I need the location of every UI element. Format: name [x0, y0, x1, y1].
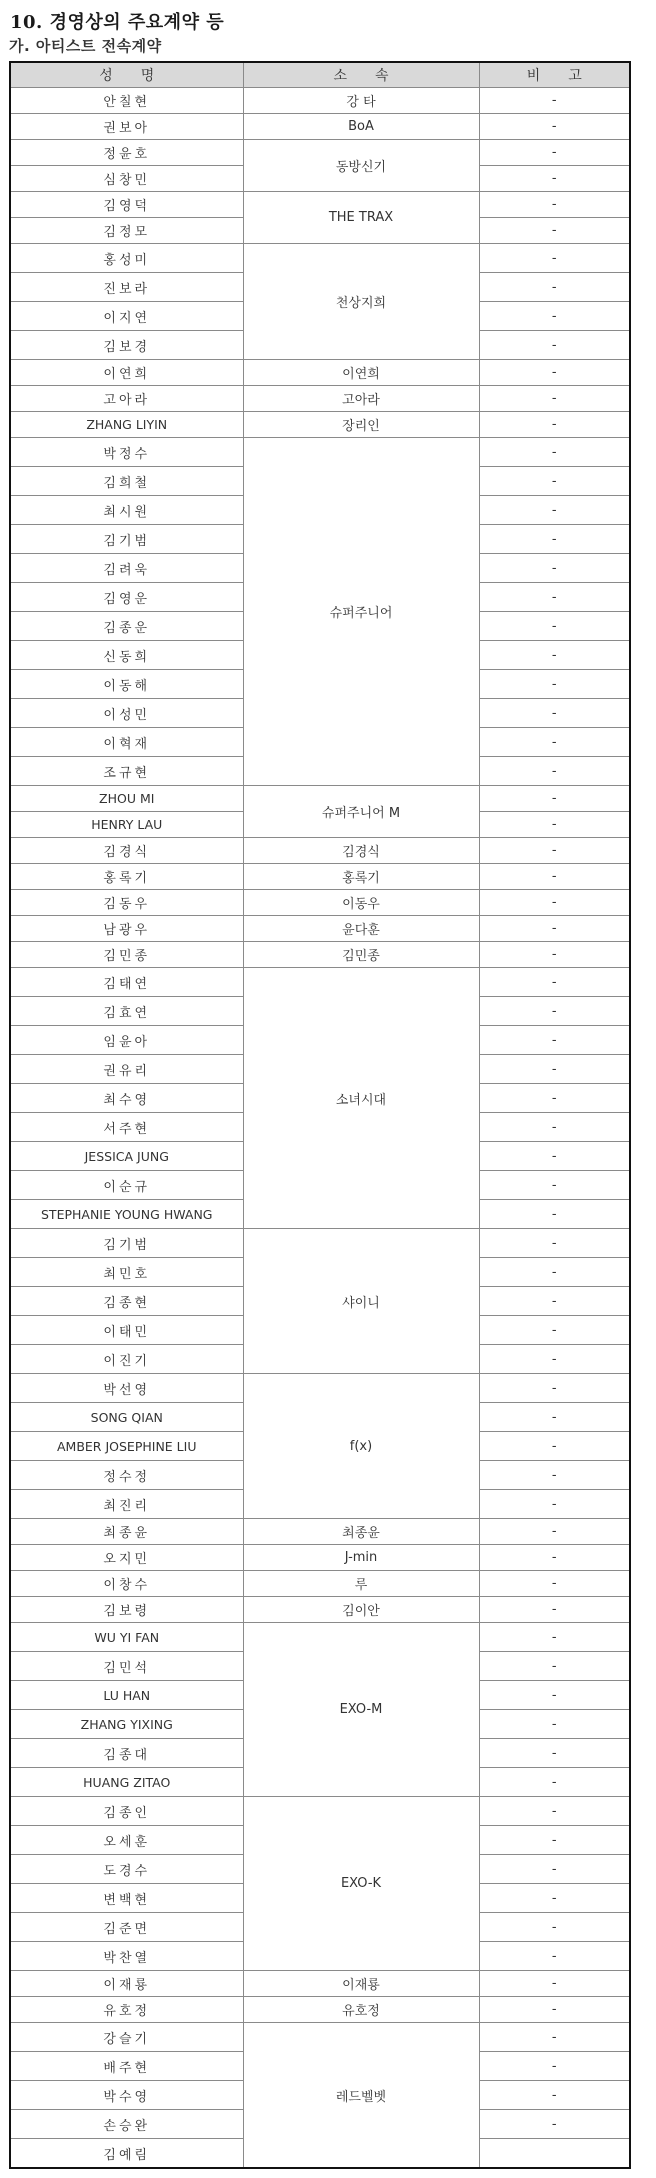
cell-name: 김준면: [10, 1913, 243, 1942]
table-row: 이재룡이재룡-: [10, 1971, 630, 1997]
cell-name: 최진리: [10, 1490, 243, 1519]
table-row: 정윤호동방신기-: [10, 140, 630, 166]
cell-note: -: [479, 2023, 630, 2052]
cell-affiliation: 슈퍼주니어: [243, 438, 479, 786]
cell-name: 신동희: [10, 641, 243, 670]
cell-name: 고아라: [10, 386, 243, 412]
cell-note: -: [479, 1997, 630, 2023]
cell-note: -: [479, 140, 630, 166]
cell-note: -: [479, 2110, 630, 2139]
table-row: 유호정유호정-: [10, 1997, 630, 2023]
cell-name: 홍성미: [10, 244, 243, 273]
cell-name: ZHOU MI: [10, 786, 243, 812]
table-row: ZHOU MI슈퍼주니어 M-: [10, 786, 630, 812]
cell-note: -: [479, 88, 630, 114]
cell-affiliation: 윤다훈: [243, 916, 479, 942]
cell-note: -: [479, 612, 630, 641]
cell-note: -: [479, 412, 630, 438]
cell-name: 김민종: [10, 942, 243, 968]
cell-name: 최종윤: [10, 1519, 243, 1545]
table-header-row: 성 명 소 속 비 고: [10, 62, 630, 88]
cell-name: 김동우: [10, 890, 243, 916]
cell-note: -: [479, 670, 630, 699]
cell-note: -: [479, 496, 630, 525]
cell-name: 최민호: [10, 1258, 243, 1287]
cell-note: -: [479, 467, 630, 496]
cell-note: -: [479, 273, 630, 302]
cell-note: -: [479, 386, 630, 412]
cell-name: 강슬기: [10, 2023, 243, 2052]
table-row: 박선영f(x)-: [10, 1374, 630, 1403]
cell-name: 박정수: [10, 438, 243, 467]
cell-affiliation: THE TRAX: [243, 192, 479, 244]
cell-note: -: [479, 1571, 630, 1597]
cell-name: ZHANG YIXING: [10, 1710, 243, 1739]
cell-affiliation: EXO-M: [243, 1623, 479, 1797]
cell-note: -: [479, 1084, 630, 1113]
cell-note: -: [479, 1142, 630, 1171]
cell-name: 김보경: [10, 331, 243, 360]
table-row: 김기범샤이니-: [10, 1229, 630, 1258]
cell-affiliation: 김경식: [243, 838, 479, 864]
cell-name: 심창민: [10, 166, 243, 192]
cell-note: -: [479, 1258, 630, 1287]
cell-note: -: [479, 1545, 630, 1571]
cell-note: -: [479, 1681, 630, 1710]
cell-name: 오세훈: [10, 1826, 243, 1855]
cell-note: -: [479, 1623, 630, 1652]
cell-name: 박선영: [10, 1374, 243, 1403]
cell-name: 김태연: [10, 968, 243, 997]
cell-note: -: [479, 997, 630, 1026]
cell-note: -: [479, 1200, 630, 1229]
cell-name: 안칠현: [10, 88, 243, 114]
header-name: 성 명: [10, 62, 243, 88]
table-row: 강슬기레드벨벳-: [10, 2023, 630, 2052]
cell-name: 김기범: [10, 1229, 243, 1258]
cell-name: 김희철: [10, 467, 243, 496]
cell-name: 이창수: [10, 1571, 243, 1597]
cell-note: -: [479, 1884, 630, 1913]
cell-name: LU HAN: [10, 1681, 243, 1710]
table-row: 남광우윤다훈-: [10, 916, 630, 942]
cell-affiliation: 장리인: [243, 412, 479, 438]
cell-name: 이순규: [10, 1171, 243, 1200]
table-row: 박정수슈퍼주니어-: [10, 438, 630, 467]
table-row: 김경식김경식-: [10, 838, 630, 864]
cell-note: -: [479, 942, 630, 968]
cell-note: -: [479, 1519, 630, 1545]
cell-note: -: [479, 1055, 630, 1084]
table-row: WU YI FANEXO-M-: [10, 1623, 630, 1652]
cell-note: -: [479, 1797, 630, 1826]
cell-note: -: [479, 331, 630, 360]
cell-name: 홍록기: [10, 864, 243, 890]
cell-name: 변백현: [10, 1884, 243, 1913]
table-row: 이연희이연희-: [10, 360, 630, 386]
cell-affiliation: 이연희: [243, 360, 479, 386]
cell-note: -: [479, 166, 630, 192]
cell-note: -: [479, 757, 630, 786]
cell-name: 이태민: [10, 1316, 243, 1345]
section-title: 10. 경영상의 주요계약 등: [10, 8, 224, 34]
table-row: 권보아BoA-: [10, 114, 630, 140]
cell-name: 김종인: [10, 1797, 243, 1826]
cell-note: -: [479, 554, 630, 583]
table-row: 최종윤최종윤-: [10, 1519, 630, 1545]
subsection-title: 가. 아티스트 전속계약: [9, 35, 162, 56]
cell-note: -: [479, 1113, 630, 1142]
table-row: 김민종김민종-: [10, 942, 630, 968]
cell-name: WU YI FAN: [10, 1623, 243, 1652]
table-row: 안칠현강 타-: [10, 88, 630, 114]
cell-note: -: [479, 890, 630, 916]
cell-affiliation: 슈퍼주니어 M: [243, 786, 479, 838]
cell-affiliation: 루: [243, 1571, 479, 1597]
cell-name: 권보아: [10, 114, 243, 140]
cell-name: 권유리: [10, 1055, 243, 1084]
cell-name: 김종현: [10, 1287, 243, 1316]
cell-affiliation: 고아라: [243, 386, 479, 412]
cell-name: 박수영: [10, 2081, 243, 2110]
cell-name: 이혁재: [10, 728, 243, 757]
cell-note: -: [479, 641, 630, 670]
cell-note: -: [479, 302, 630, 331]
cell-affiliation: 이동우: [243, 890, 479, 916]
cell-note: -: [479, 1942, 630, 1971]
cell-note: -: [479, 1826, 630, 1855]
cell-note: -: [479, 2081, 630, 2110]
cell-note: -: [479, 583, 630, 612]
table-row: 고아라고아라-: [10, 386, 630, 412]
cell-affiliation: 레드벨벳: [243, 2023, 479, 2169]
cell-name: 김종대: [10, 1739, 243, 1768]
cell-name: 김종운: [10, 612, 243, 641]
cell-note: -: [479, 1374, 630, 1403]
cell-note: -: [479, 1461, 630, 1490]
cell-note: -: [479, 728, 630, 757]
cell-note: -: [479, 1171, 630, 1200]
cell-name: 남광우: [10, 916, 243, 942]
cell-note: -: [479, 1490, 630, 1519]
cell-name: 김영덕: [10, 192, 243, 218]
artist-contract-table: 성 명 소 속 비 고 안칠현강 타-권보아BoA-정윤호동방신기-심창민-김영…: [9, 61, 631, 2169]
cell-affiliation: 유호정: [243, 1997, 479, 2023]
cell-note: -: [479, 1652, 630, 1681]
table-row: ZHANG LIYIN장리인-: [10, 412, 630, 438]
cell-note: -: [479, 864, 630, 890]
cell-note: -: [479, 1287, 630, 1316]
table-row: 김종인EXO-K-: [10, 1797, 630, 1826]
cell-note: -: [479, 1971, 630, 1997]
cell-note: [479, 2139, 630, 2169]
table-row: 홍록기홍록기-: [10, 864, 630, 890]
cell-note: -: [479, 1768, 630, 1797]
cell-name: 최시원: [10, 496, 243, 525]
cell-note: -: [479, 1345, 630, 1374]
cell-affiliation: 김이안: [243, 1597, 479, 1623]
cell-name: 배주현: [10, 2052, 243, 2081]
cell-name: 정윤호: [10, 140, 243, 166]
cell-affiliation: 소녀시대: [243, 968, 479, 1229]
cell-name: 정수정: [10, 1461, 243, 1490]
cell-note: -: [479, 114, 630, 140]
cell-note: -: [479, 192, 630, 218]
cell-name: 이동해: [10, 670, 243, 699]
cell-name: 서주현: [10, 1113, 243, 1142]
cell-name: SONG QIAN: [10, 1403, 243, 1432]
cell-name: 임윤아: [10, 1026, 243, 1055]
cell-name: 김민석: [10, 1652, 243, 1681]
cell-affiliation: 최종윤: [243, 1519, 479, 1545]
cell-name: 유호정: [10, 1997, 243, 2023]
cell-note: -: [479, 812, 630, 838]
cell-affiliation: 샤이니: [243, 1229, 479, 1374]
cell-affiliation: 천상지희: [243, 244, 479, 360]
cell-note: -: [479, 1229, 630, 1258]
table-body: 안칠현강 타-권보아BoA-정윤호동방신기-심창민-김영덕THE TRAX-김정…: [10, 88, 630, 2169]
cell-note: -: [479, 1026, 630, 1055]
cell-note: -: [479, 968, 630, 997]
cell-note: -: [479, 2052, 630, 2081]
cell-note: -: [479, 1597, 630, 1623]
cell-affiliation: 동방신기: [243, 140, 479, 192]
cell-name: 김효연: [10, 997, 243, 1026]
cell-note: -: [479, 916, 630, 942]
table-row: 김동우이동우-: [10, 890, 630, 916]
cell-note: -: [479, 838, 630, 864]
cell-name: 손승완: [10, 2110, 243, 2139]
cell-note: -: [479, 438, 630, 467]
cell-name: 이지연: [10, 302, 243, 331]
cell-name: HUANG ZITAO: [10, 1768, 243, 1797]
cell-name: 이진기: [10, 1345, 243, 1374]
cell-affiliation: J-min: [243, 1545, 479, 1571]
cell-name: 진보라: [10, 273, 243, 302]
cell-affiliation: BoA: [243, 114, 479, 140]
table-row: 김영덕THE TRAX-: [10, 192, 630, 218]
cell-note: -: [479, 1316, 630, 1345]
cell-name: STEPHANIE YOUNG HWANG: [10, 1200, 243, 1229]
cell-name: 김경식: [10, 838, 243, 864]
cell-name: 김예림: [10, 2139, 243, 2169]
cell-name: ZHANG LIYIN: [10, 412, 243, 438]
cell-name: 김보령: [10, 1597, 243, 1623]
cell-affiliation: 이재룡: [243, 1971, 479, 1997]
cell-note: -: [479, 1913, 630, 1942]
cell-note: -: [479, 1739, 630, 1768]
cell-note: -: [479, 244, 630, 273]
table-row: 김보령김이안-: [10, 1597, 630, 1623]
header-affiliation: 소 속: [243, 62, 479, 88]
cell-name: 김기범: [10, 525, 243, 554]
cell-note: -: [479, 360, 630, 386]
cell-affiliation: f(x): [243, 1374, 479, 1519]
cell-name: 박찬열: [10, 1942, 243, 1971]
table-row: 홍성미천상지희-: [10, 244, 630, 273]
table-row: 김태연소녀시대-: [10, 968, 630, 997]
cell-note: -: [479, 1403, 630, 1432]
cell-note: -: [479, 1855, 630, 1884]
table-row: 오지민J-min-: [10, 1545, 630, 1571]
cell-note: -: [479, 786, 630, 812]
cell-note: -: [479, 1710, 630, 1739]
cell-name: JESSICA JUNG: [10, 1142, 243, 1171]
cell-affiliation: 김민종: [243, 942, 479, 968]
table-row: 이창수루-: [10, 1571, 630, 1597]
cell-affiliation: EXO-K: [243, 1797, 479, 1971]
cell-name: 김영운: [10, 583, 243, 612]
cell-name: 오지민: [10, 1545, 243, 1571]
cell-name: 조규현: [10, 757, 243, 786]
cell-note: -: [479, 525, 630, 554]
cell-note: -: [479, 218, 630, 244]
cell-name: 이성민: [10, 699, 243, 728]
cell-name: 이재룡: [10, 1971, 243, 1997]
cell-name: 김정모: [10, 218, 243, 244]
header-note: 비 고: [479, 62, 630, 88]
cell-name: 최수영: [10, 1084, 243, 1113]
cell-note: -: [479, 1432, 630, 1461]
cell-affiliation: 홍록기: [243, 864, 479, 890]
cell-name: 이연희: [10, 360, 243, 386]
cell-name: AMBER JOSEPHINE LIU: [10, 1432, 243, 1461]
cell-name: 도경수: [10, 1855, 243, 1884]
cell-affiliation: 강 타: [243, 88, 479, 114]
cell-name: 김려욱: [10, 554, 243, 583]
cell-name: HENRY LAU: [10, 812, 243, 838]
cell-note: -: [479, 699, 630, 728]
